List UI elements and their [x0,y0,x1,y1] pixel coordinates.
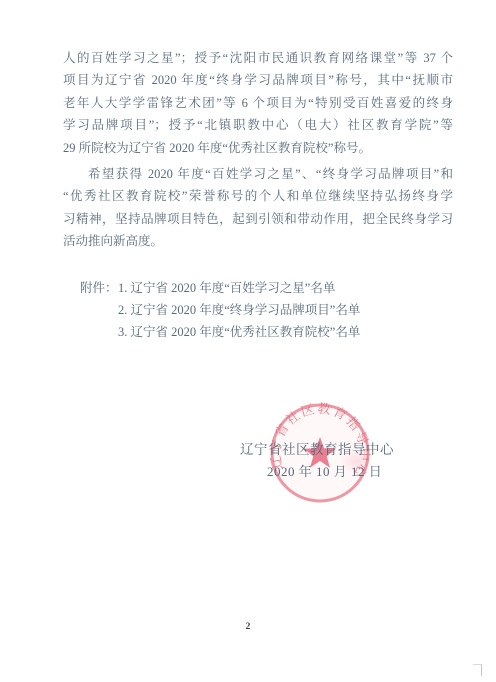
scan-artifact [473,664,482,676]
body-line: 希望获得 2020 年度“百姓学习之星”、“终身学习品牌项目”和 [63,163,453,185]
attachment-row: 3. 辽宁省 2020 年度“优秀社区教育院校”名单 [118,321,360,343]
attachment-list: 附件：1. 辽宁省 2020 年度“百姓学习之星”名单 2. 辽宁省 2020 … [80,277,360,343]
body-line: 人的百姓学习之星”；授予“沈阳市民通识教育网络课堂”等 37 个 [63,47,453,69]
body-line: “优秀社区教育院校”荣誉称号的个人和单位继续坚持弘扬终身学 [63,185,453,207]
body-line: 29 所院校为辽宁省 2020 年度“优秀社区教育院校”称号。 [63,137,453,159]
signature-date: 2020 年 10 月 12 日 [267,461,382,480]
attachment-item: 1. 辽宁省 2020 年度“百姓学习之星”名单 [118,281,335,295]
body-text: 人的百姓学习之星”；授予“沈阳市民通识教育网络课堂”等 37 个 项目为辽宁省 … [63,47,453,253]
attachment-item: 2. 辽宁省 2020 年度“终身学习品牌项目”名单 [118,303,360,317]
body-line: 老年人大学学雷锋艺术团”等 6 个项目为“特别受百姓喜爱的终身 [63,92,453,114]
signature-organization: 辽宁省社区教育指导中心 [240,438,394,458]
page-number: 2 [0,622,496,632]
body-line: 习精神，坚持品牌项目特色，起到引领和带动作用，把全民终身学习 [63,208,453,230]
document-page: 人的百姓学习之星”；授予“沈阳市民通识教育网络课堂”等 37 个 项目为辽宁省 … [0,0,496,682]
attachment-item: 3. 辽宁省 2020 年度“优秀社区教育院校”名单 [118,325,360,339]
attachment-row: 2. 辽宁省 2020 年度“终身学习品牌项目”名单 [118,299,360,321]
body-line: 活动推向新高度。 [63,230,453,252]
attachment-label: 附件： [80,277,118,299]
body-line: 学习品牌项目”；授予“北镇职教中心（电大）社区教育学院”等 [63,114,453,136]
body-line: 项目为辽宁省 2020 年度“终身学习品牌项目”称号，其中“抚顺市 [63,69,453,91]
attachment-row: 附件：1. 辽宁省 2020 年度“百姓学习之星”名单 [80,277,360,299]
